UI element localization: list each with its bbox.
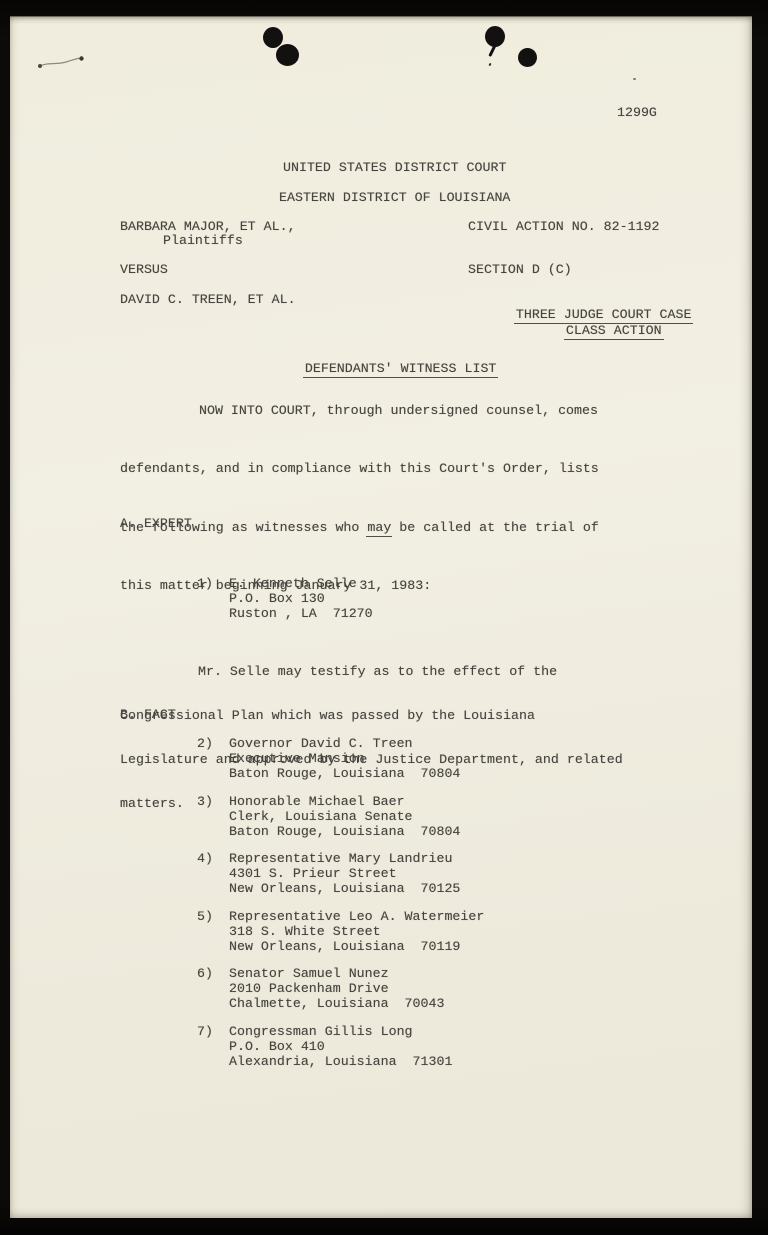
ink-blot-icon — [263, 27, 283, 48]
witness-name: Representative Mary Landrieu — [229, 851, 460, 866]
witness-name: Representative Leo A. Watermeier — [229, 909, 484, 924]
note-line: Mr. Selle may testify as to the effect o… — [120, 665, 623, 680]
underlined-word-may: may — [366, 520, 392, 537]
ink-blot-icon — [276, 44, 299, 66]
case-type-line2: CLASS ACTION — [518, 309, 662, 353]
scan-surface: 1299G UNITED STATES DISTRICT COURT EASTE… — [0, 0, 768, 1235]
court-name: UNITED STATES DISTRICT COURT — [283, 161, 506, 176]
witness-entry-4: 4) Representative Mary Landrieu 4301 S. … — [197, 851, 460, 896]
intro-line: NOW INTO COURT, through undersigned coun… — [120, 396, 599, 425]
witness-address-line: Ruston , LA 71270 — [229, 606, 373, 621]
ink-speck — [488, 63, 491, 67]
witness-number: 5) — [197, 909, 229, 954]
witness-address-line: 318 S. White Street — [229, 924, 484, 939]
plaintiff-role: Plaintiffs — [163, 234, 243, 249]
witness-name: Congressman Gillis Long — [229, 1024, 452, 1039]
witness-number: 4) — [197, 851, 229, 896]
witness-address-line: P.O. Box 130 — [229, 591, 373, 606]
witness-number: 3) — [197, 794, 229, 839]
witness-address-line: P.O. Box 410 — [229, 1039, 452, 1054]
witness-number: 7) — [197, 1024, 229, 1069]
defendant-name: DAVID C. TREEN, ET AL. — [120, 293, 296, 308]
section-b-heading: B. FACT — [120, 708, 176, 723]
witness-entry-3: 3) Honorable Michael Baer Clerk, Louisia… — [197, 794, 460, 839]
witness-address-line: Baton Rouge, Louisiana 70804 — [229, 824, 460, 839]
versus-label: VERSUS — [120, 263, 168, 278]
witness-entry-1: 1) E. Kenneth Selle P.O. Box 130 Ruston … — [197, 576, 373, 621]
witness-name: Honorable Michael Baer — [229, 794, 460, 809]
witness-address-line: Clerk, Louisiana Senate — [229, 809, 460, 824]
witness-address-line: Executive Mansion — [229, 751, 460, 766]
note-line: Congressional Plan which was passed by t… — [120, 709, 623, 724]
intro-line: defendants, and in compliance with this … — [120, 454, 599, 483]
handwritten-pen-mark — [36, 53, 86, 71]
witness-address-line: Baton Rouge, Louisiana 70804 — [229, 766, 460, 781]
ink-blot-drip — [488, 44, 496, 57]
paper-speck — [633, 78, 636, 80]
court-district: EASTERN DISTRICT OF LOUISIANA — [279, 191, 510, 206]
section-a-heading: A. EXPERT — [120, 517, 192, 532]
witness-name: E. Kenneth Selle — [229, 576, 373, 591]
document-page: 1299G UNITED STATES DISTRICT COURT EASTE… — [10, 16, 752, 1218]
witness-number: 2) — [197, 736, 229, 781]
witness-address-line: New Orleans, Louisiana 70125 — [229, 881, 460, 896]
section-label: SECTION D (C) — [468, 263, 572, 278]
witness-address-line: Alexandria, Louisiana 71301 — [229, 1054, 452, 1069]
witness-name: Governor David C. Treen — [229, 736, 460, 751]
ink-blot-icon — [518, 48, 537, 67]
witness-address-line: 2010 Packenham Drive — [229, 981, 444, 996]
class-action-underlined-text: CLASS ACTION — [564, 323, 664, 341]
witness-entry-6: 6) Senator Samuel Nunez 2010 Packenham D… — [197, 966, 444, 1011]
witness-address-line: Chalmette, Louisiana 70043 — [229, 996, 444, 1011]
witness-address-line: New Orleans, Louisiana 70119 — [229, 939, 484, 954]
witness-name: Senator Samuel Nunez — [229, 966, 444, 981]
witness-number: 6) — [197, 966, 229, 1011]
witness-entry-5: 5) Representative Leo A. Watermeier 318 … — [197, 909, 484, 954]
witness-entry-7: 7) Congressman Gillis Long P.O. Box 410 … — [197, 1024, 452, 1069]
witness-address-line: 4301 S. Prieur Street — [229, 866, 460, 881]
civil-action-number: CIVIL ACTION NO. 82-1192 — [468, 220, 660, 235]
witness-number: 1) — [197, 576, 229, 621]
document-control-number: 1299G — [617, 106, 657, 121]
witness-entry-2: 2) Governor David C. Treen Executive Man… — [197, 736, 460, 781]
